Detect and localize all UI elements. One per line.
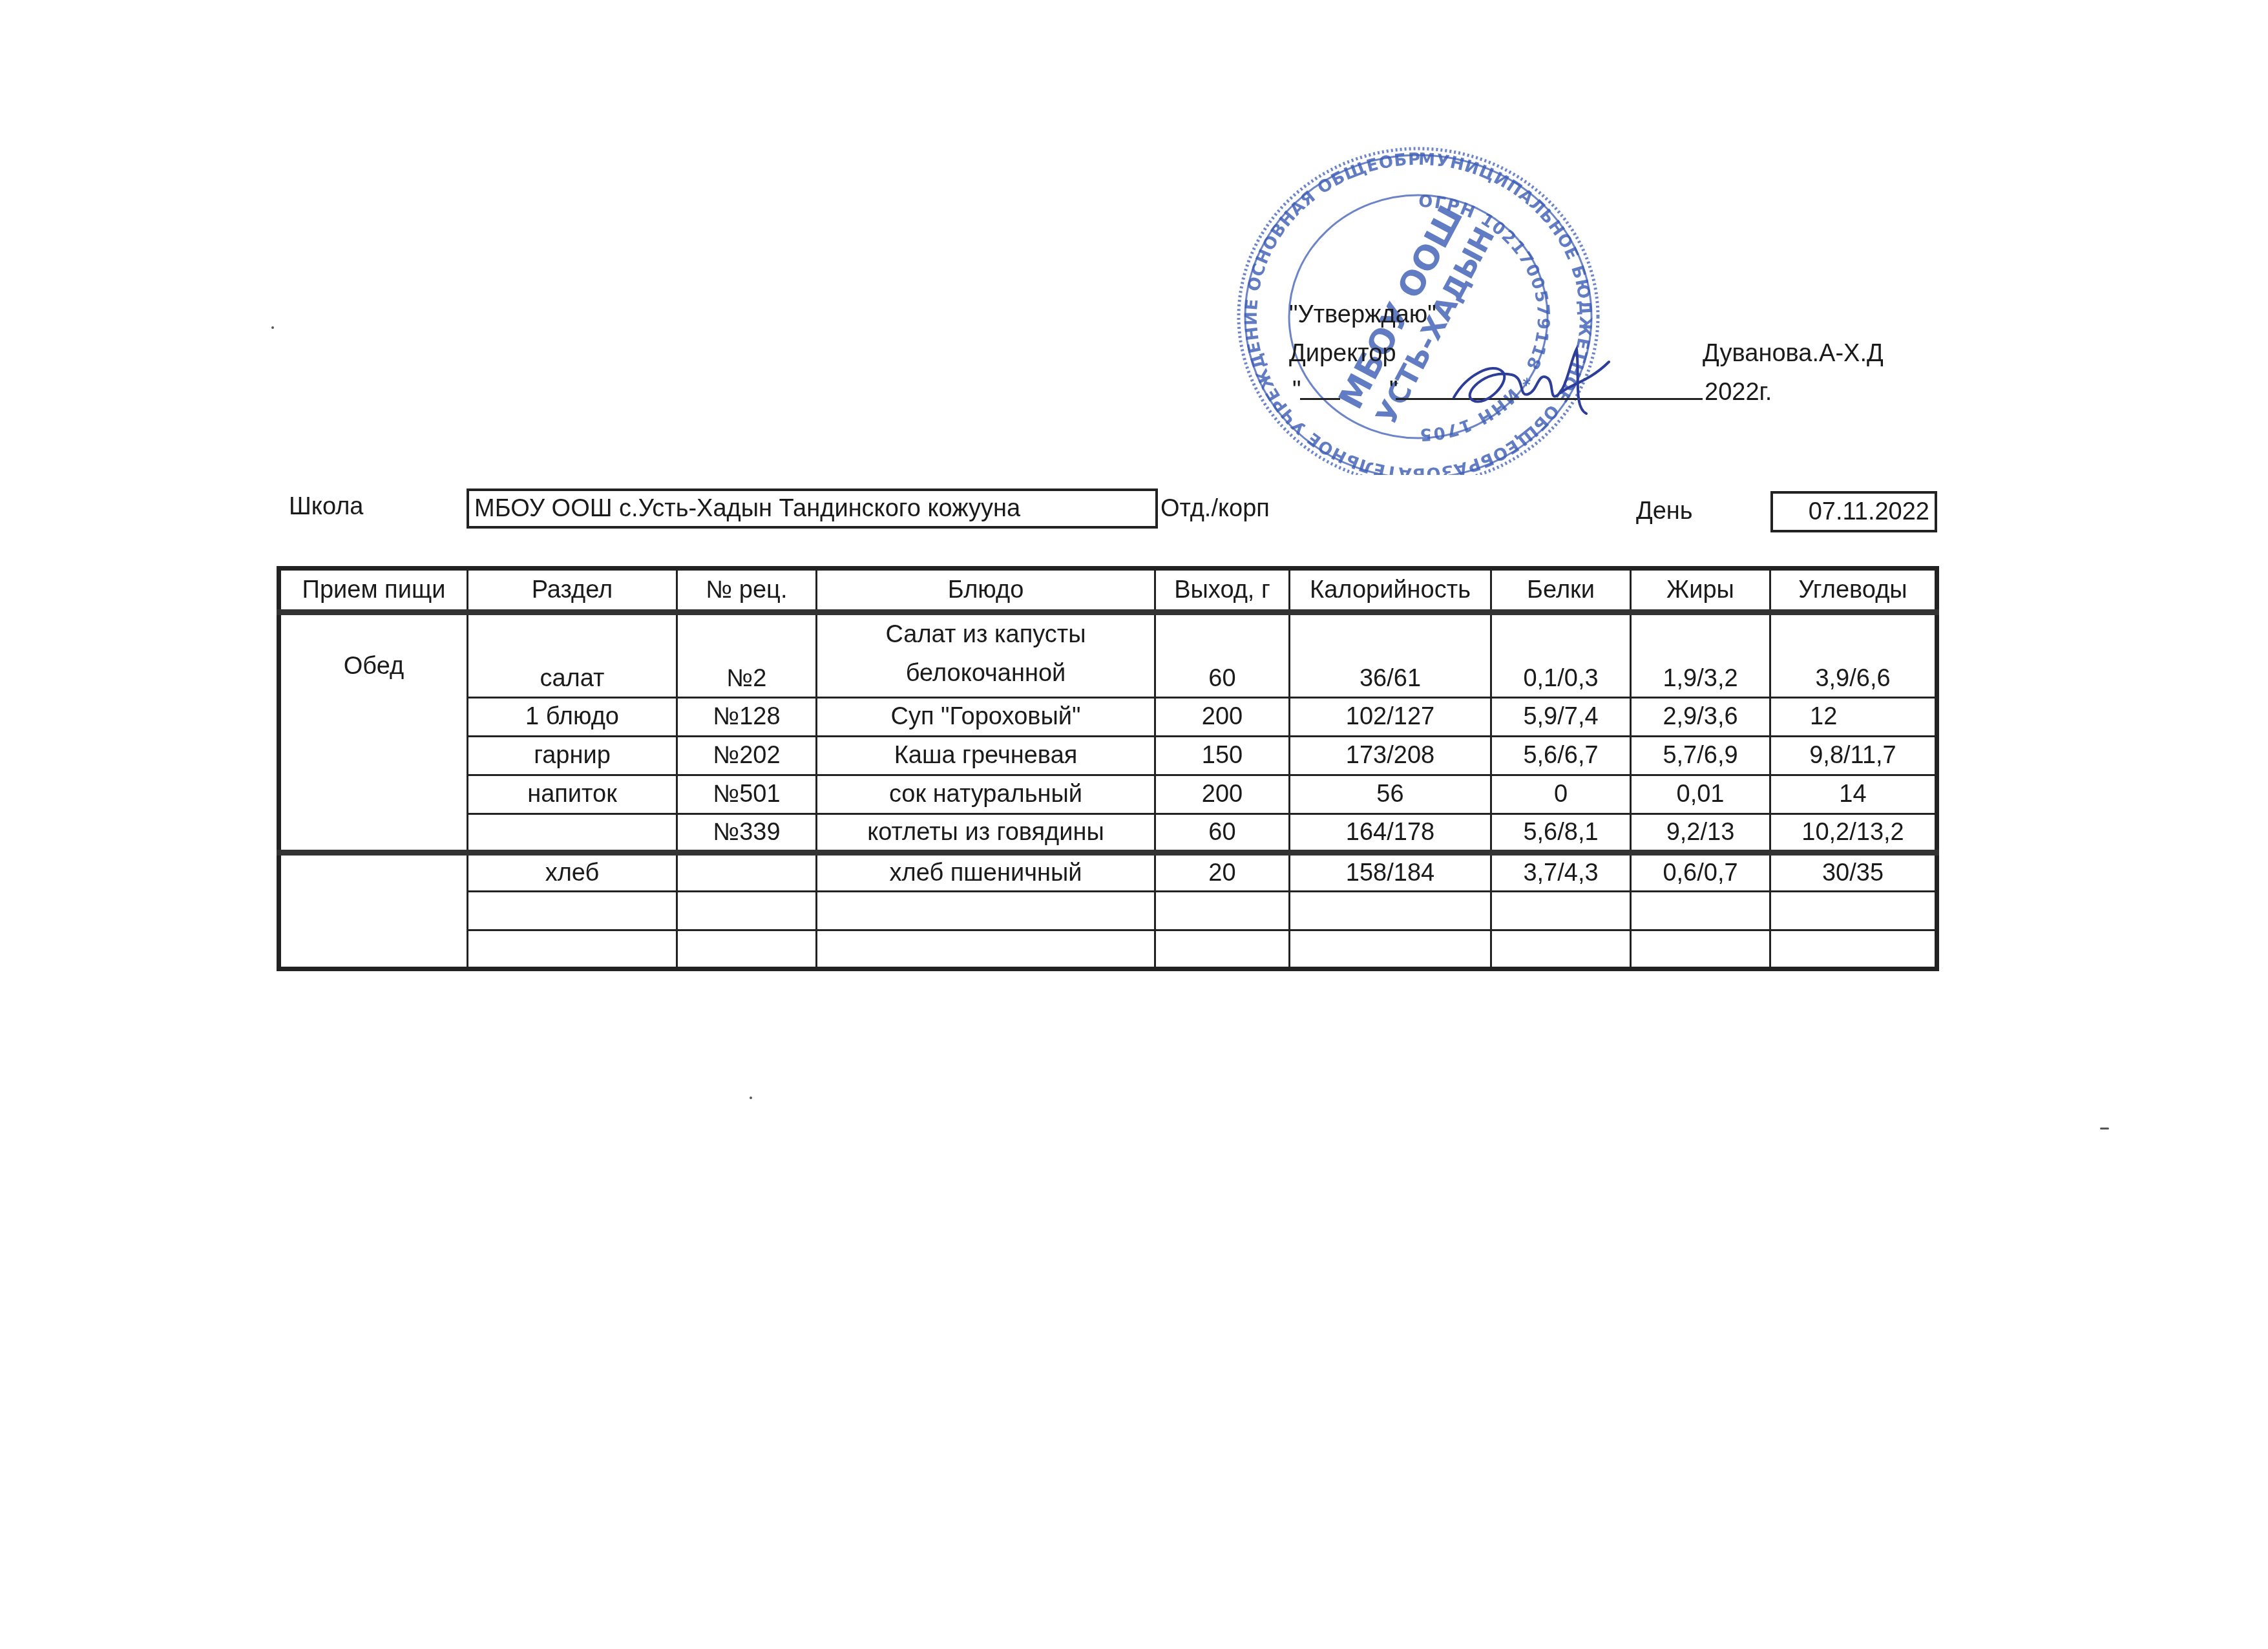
carbs-cell: [1770, 930, 1937, 969]
yield-cell: [1155, 930, 1290, 969]
calories-cell: 36/61: [1290, 613, 1491, 698]
yield-cell: 60: [1155, 814, 1290, 853]
section-cell: 1 блюдо: [468, 698, 677, 737]
yield-cell: 60: [1155, 613, 1290, 698]
dish-cell: Салат из капусты белокочанной: [817, 613, 1155, 698]
proteins-cell: 5,9/7,4: [1491, 698, 1631, 737]
carbs-cell: 30/35: [1770, 853, 1937, 892]
proteins-cell: 5,6/6,7: [1491, 737, 1631, 775]
school-value: МБОУ ООШ с.Усть-Хадын Тандинского кожуун…: [474, 496, 1020, 521]
yield-cell: [1155, 892, 1290, 930]
recipe-cell: [677, 892, 817, 930]
dish-cell: хлеб пшеничный: [817, 853, 1155, 892]
carbs-cell: 14: [1770, 775, 1937, 814]
table-row: гарнир №202 Каша гречневая 150 173/208 5…: [279, 737, 1937, 775]
scan-speck: [271, 326, 274, 329]
calories-cell: 164/178: [1290, 814, 1491, 853]
proteins-cell: 0,1/0,3: [1491, 613, 1631, 698]
yield-cell: 20: [1155, 853, 1290, 892]
col-header-recipe: № рец.: [677, 569, 817, 613]
table-row: 1 блюдо №128 Суп "Гороховый" 200 102/127…: [279, 698, 1937, 737]
proteins-cell: 3,7/4,3: [1491, 853, 1631, 892]
table-row: хлеб хлеб пшеничный 20 158/184 3,7/4,3 0…: [279, 853, 1937, 892]
fats-cell: 0,6/0,7: [1631, 853, 1770, 892]
yield-cell: 200: [1155, 775, 1290, 814]
calories-cell: 173/208: [1290, 737, 1491, 775]
col-header-fats: Жиры: [1631, 569, 1770, 613]
recipe-cell: №128: [677, 698, 817, 737]
dish-cell: сок натуральный: [817, 775, 1155, 814]
fats-cell: [1631, 892, 1770, 930]
section-cell: [468, 814, 677, 853]
date-day-line: [1300, 398, 1340, 400]
fats-cell: 9,2/13: [1631, 814, 1770, 853]
proteins-cell: [1491, 892, 1631, 930]
proteins-cell: [1491, 930, 1631, 969]
day-value: 07.11.2022: [1809, 499, 1929, 524]
recipe-cell: [677, 853, 817, 892]
carbs-cell: 9,8/11,7: [1770, 737, 1937, 775]
scan-speck: [750, 1097, 752, 1099]
day-label: День: [1636, 499, 1693, 523]
proteins-cell: 0: [1491, 775, 1631, 814]
fats-cell: 0,01: [1631, 775, 1770, 814]
fats-cell: 5,7/6,9: [1631, 737, 1770, 775]
col-header-yield: Выход, г: [1155, 569, 1290, 613]
director-position: Директор: [1289, 341, 1396, 366]
school-field: МБОУ ООШ с.Усть-Хадын Тандинского кожуун…: [467, 488, 1158, 529]
meal-name: Обед: [344, 653, 404, 680]
section-cell: гарнир: [468, 737, 677, 775]
section-cell: хлеб: [468, 853, 677, 892]
section-cell: [468, 930, 677, 969]
carbs-cell: [1770, 892, 1937, 930]
dish-cell: Суп "Гороховый": [817, 698, 1155, 737]
yield-cell: 200: [1155, 698, 1290, 737]
table-row: напиток №501 сок натуральный 200 56 0 0,…: [279, 775, 1937, 814]
calories-cell: [1290, 930, 1491, 969]
carbs-cell: 10,2/13,2: [1770, 814, 1937, 853]
table-row: №339 котлеты из говядины 60 164/178 5,6/…: [279, 814, 1937, 853]
calories-cell: [1290, 892, 1491, 930]
col-header-meal: Прием пищи: [279, 569, 468, 613]
meal-cell: Обед: [279, 613, 468, 853]
day-field: 07.11.2022: [1770, 491, 1937, 532]
dish-cell: котлеты из говядины: [817, 814, 1155, 853]
section-cell: напиток: [468, 775, 677, 814]
dish-cell: Каша гречневая: [817, 737, 1155, 775]
calories-cell: 56: [1290, 775, 1491, 814]
carbs-cell: 12: [1770, 698, 1937, 737]
table-row: [279, 892, 1937, 930]
recipe-cell: №501: [677, 775, 817, 814]
table-header-row: Прием пищи Раздел № рец. Блюдо Выход, г …: [279, 569, 1937, 613]
recipe-cell: №2: [677, 613, 817, 698]
scan-speck: [2100, 1128, 2109, 1129]
dish-line1: Салат из капусты: [821, 615, 1150, 654]
recipe-cell: [677, 930, 817, 969]
meal-cell-empty: [279, 853, 468, 969]
section-cell: салат: [468, 613, 677, 698]
col-header-section: Раздел: [468, 569, 677, 613]
director-signature: [1441, 336, 1622, 420]
dept-label: Отд./корп: [1160, 496, 1270, 521]
section-cell: [468, 892, 677, 930]
recipe-cell: №202: [677, 737, 817, 775]
dish-cell: [817, 930, 1155, 969]
col-header-proteins: Белки: [1491, 569, 1631, 613]
approve-label: "Утверждаю": [1289, 302, 1436, 327]
dish-cell: [817, 892, 1155, 930]
table-row: Обед салат №2 Салат из капусты белокочан…: [279, 613, 1937, 698]
col-header-dish: Блюдо: [817, 569, 1155, 613]
col-header-calories: Калорийность: [1290, 569, 1491, 613]
fats-cell: 1,9/3,2: [1631, 613, 1770, 698]
fats-cell: [1631, 930, 1770, 969]
fats-cell: 2,9/3,6: [1631, 698, 1770, 737]
menu-table: Прием пищи Раздел № рец. Блюдо Выход, г …: [277, 566, 1939, 971]
yield-cell: 150: [1155, 737, 1290, 775]
dish-line2: белокочанной: [821, 654, 1150, 693]
carbs-cell: 3,9/6,6: [1770, 613, 1937, 698]
school-label: Школа: [289, 494, 363, 519]
table-row: [279, 930, 1937, 969]
calories-cell: 158/184: [1290, 853, 1491, 892]
approval-year: 2022г.: [1705, 380, 1772, 404]
proteins-cell: 5,6/8,1: [1491, 814, 1631, 853]
director-name: Дуванова.А-Х.Д: [1703, 341, 1884, 366]
col-header-carbs: Углеводы: [1770, 569, 1937, 613]
recipe-cell: №339: [677, 814, 817, 853]
calories-cell: 102/127: [1290, 698, 1491, 737]
